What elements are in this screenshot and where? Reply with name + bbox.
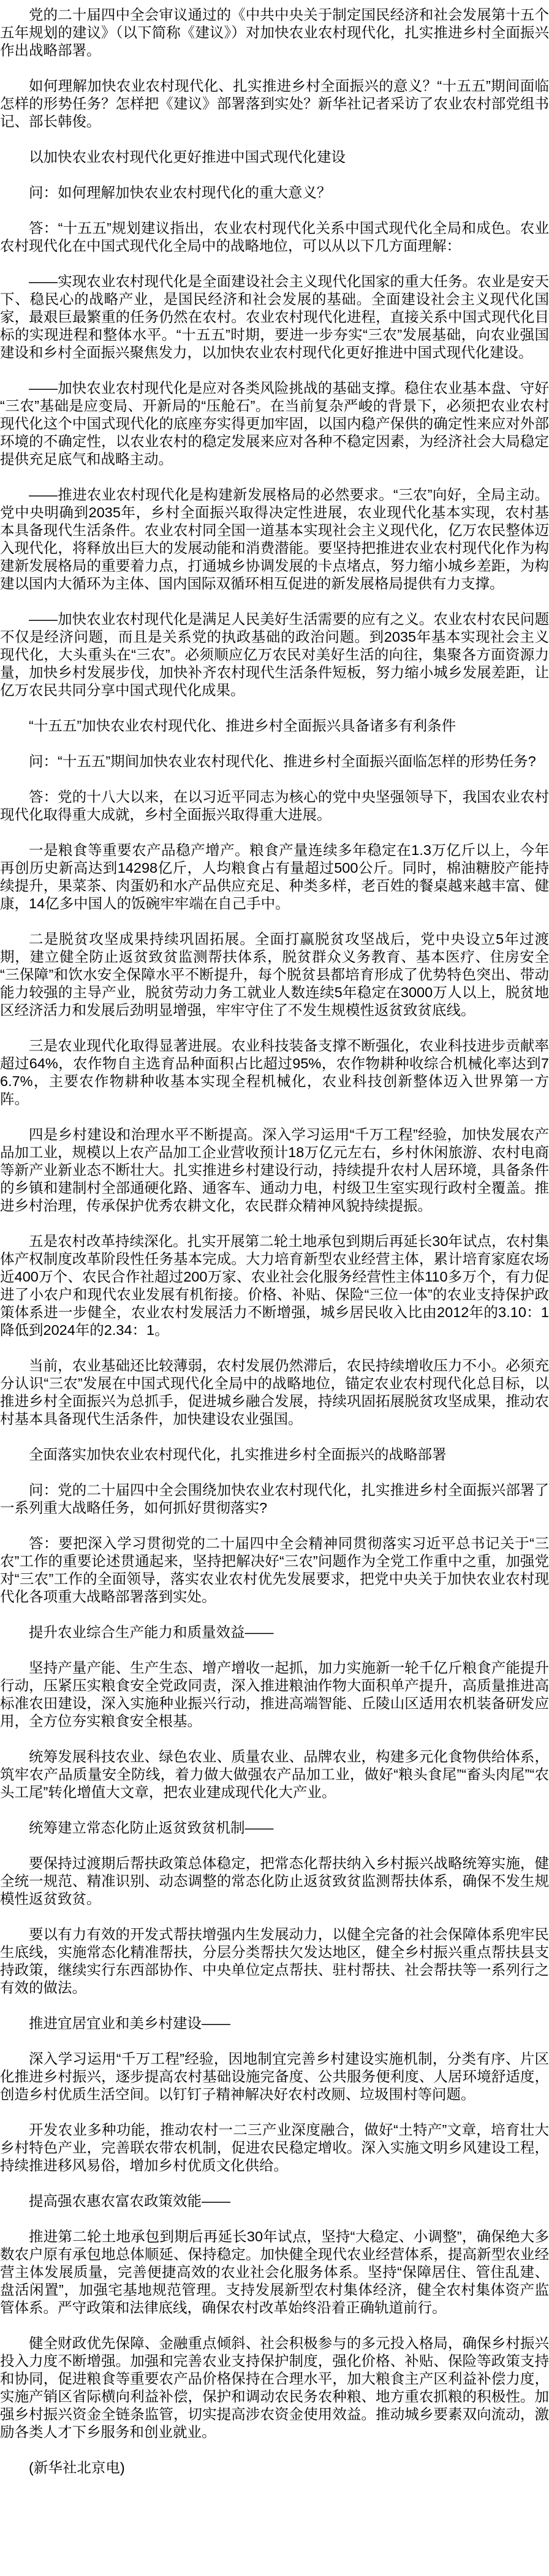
section-lead: 统筹建立常态化防止返贫致贫机制——: [0, 1819, 549, 1837]
section-heading: 以加快农业农村现代化更好推进中国式现代化建设: [0, 148, 549, 166]
section-lead: 推进宜居宜业和美乡村建设——: [0, 2015, 549, 2032]
section-lead: 提升农业综合生产能力和质量效益——: [0, 1624, 549, 1641]
article-page: 党的二十届四中全会审议通过的《中共中央关于制定国民经济和社会发展第十五个五年规划…: [0, 0, 549, 2576]
paragraph: ——实现农业农村现代化是全面建设社会主义现代化国家的重大任务。农业是安天下、稳民…: [0, 273, 549, 362]
paragraph: ——加快农业农村现代化是满足人民美好生活需要的应有之义。农业农村农民问题不仅是经…: [0, 610, 549, 699]
paragraph: 深入学习运用“千万工程”经验，因地制宜完善乡村建设实施机制，分类有序、片区化推进…: [0, 2050, 549, 2103]
paragraph: 一是粮食等重要农产品稳产增产。粮食产量连续多年稳定在1.3万亿斤以上，今年再创历…: [0, 842, 549, 913]
paragraph: 如何理解加快农业农村现代化、扎实推进乡村全面振兴的意义？“十五五”期间面临怎样的…: [0, 77, 549, 131]
paragraph: 答：“十五五”规划建议指出，农业农村现代化关系中国式现代化全局和成色。农业农村现…: [0, 219, 549, 255]
paragraph: 当前，农业基础还比较薄弱，农村发展仍然滞后，农民持续增收压力不小。必须充分认识“…: [0, 1357, 549, 1428]
section-lead: 提高强农惠农富农政策效能——: [0, 2192, 549, 2210]
paragraph: 党的二十届四中全会审议通过的《中共中央关于制定国民经济和社会发展第十五个五年规划…: [0, 6, 549, 59]
paragraph: 答：要把深入学习贯彻党的二十届四中全会精神同贯彻落实习近平总书记关于“三农”工作…: [0, 1535, 549, 1606]
paragraph: ——加快农业农村现代化是应对各类风险挑战的基础支撑。稳住农业基本盘、守好“三农”…: [0, 379, 549, 468]
paragraph: 要以有力有效的开发式帮扶增强内生发展动力，以健全完备的社会保障体系兜牢民生底线，…: [0, 1926, 549, 1997]
paragraph: ——推进农业农村现代化是构建新发展格局的必然要求。“三农”向好，全局主动。党中央…: [0, 486, 549, 593]
paragraph: 问：如何理解加快农业农村现代化的重大意义？: [0, 184, 549, 202]
paragraph: 三是农业现代化取得显著进展。农业科技装备支撑不断强化，农业科技进步贡献率超过64…: [0, 1037, 549, 1108]
section-heading: 全面落实加快农业农村现代化，扎实推进乡村全面振兴的战略部署: [0, 1446, 549, 1464]
article-signoff: (新华社北京电): [0, 2459, 549, 2477]
paragraph: 问：“十五五”期间加快农业农村现代化、推进乡村全面振兴面临怎样的形势任务?: [0, 753, 549, 770]
paragraph: 健全财政优先保障、金融重点倾斜、社会积极参与的多元投入格局，确保乡村振兴投入力度…: [0, 2335, 549, 2441]
article-body: 党的二十届四中全会审议通过的《中共中央关于制定国民经济和社会发展第十五个五年规划…: [0, 6, 549, 2477]
section-heading: “十五五”加快农业农村现代化、推进乡村全面振兴具备诸多有利条件: [0, 717, 549, 735]
paragraph: 推进第二轮土地承包到期后再延长30年试点，坚持“大稳定、小调整”，确保绝大多数农…: [0, 2228, 549, 2317]
paragraph: 答：党的十八大以来，在以习近平同志为核心的党中央坚强领导下，我国农业农村现代化取…: [0, 788, 549, 824]
paragraph: 统筹发展科技农业、绿色农业、质量农业、品牌农业，构建多元化食物供给体系，筑牢农产…: [0, 1748, 549, 1801]
paragraph: 开发农业多种功能，推动农村一二三产业深度融合，做好“土特产”文章，培育壮大乡村特…: [0, 2121, 549, 2175]
paragraph: 二是脱贫攻坚成果持续巩固拓展。全面打赢脱贫攻坚战后，党中央设立5年过渡期，建立健…: [0, 930, 549, 1019]
paragraph: 四是乡村建设和治理水平不断提高。深入学习运用“千万工程”经验，加快发展农产品加工…: [0, 1126, 549, 1215]
paragraph: 坚持产量产能、生产生态、增产增收一起抓，加力实施新一轮千亿斤粮食产能提升行动，压…: [0, 1659, 549, 1730]
paragraph: 五是农村改革持续深化。扎实开展第二轮土地承包到期后再延长30年试点，农村集体产权…: [0, 1233, 549, 1339]
paragraph: 要保持过渡期后帮扶政策总体稳定，把常态化帮扶纳入乡村振兴战略统筹实施，健全统一规…: [0, 1855, 549, 1908]
paragraph: 问：党的二十届四中全会围绕加快农业农村现代化，扎实推进乡村全面振兴部署了一系列重…: [0, 1481, 549, 1517]
